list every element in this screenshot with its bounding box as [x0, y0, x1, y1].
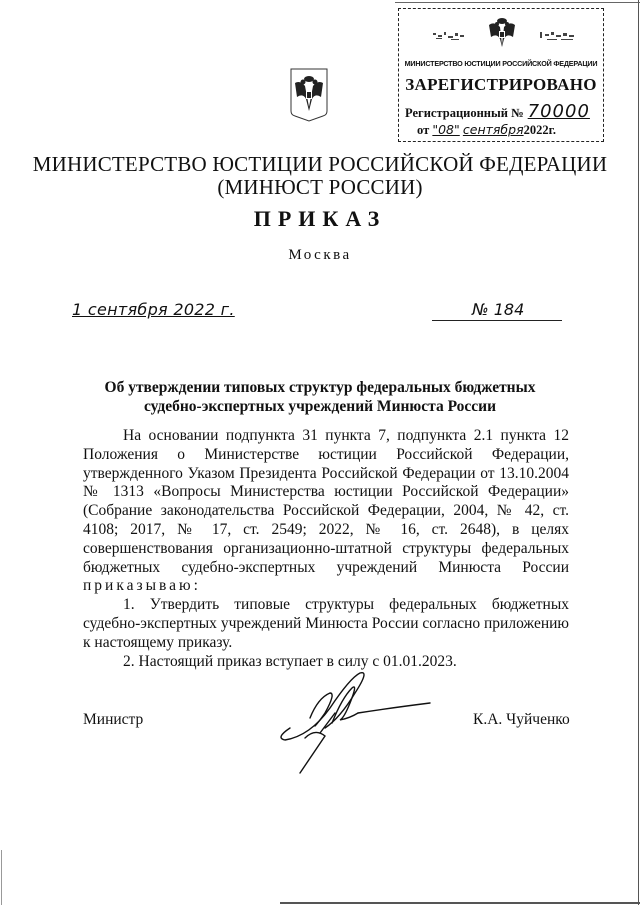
order-subject: Об утверждении типовых структур федераль… [0, 378, 640, 416]
order-number-field: № 184 [432, 300, 562, 321]
subject-line: судебно-экспертных учреждений Минюста Ро… [0, 397, 640, 416]
stamp-reg-label: Регистрационный № [405, 106, 524, 120]
page-edge [1, 850, 2, 905]
stamp-date-prefix: от [417, 123, 429, 137]
preamble-text: На основании подпункта 31 пункта 7, подп… [83, 427, 569, 576]
decree-word: приказываю: [83, 577, 201, 594]
stamp-date-year: 2022 [524, 123, 549, 137]
ministry-name: МИНИСТЕРСТВО ЮСТИЦИИ РОССИЙСКОЙ ФЕДЕРАЦИ… [0, 153, 640, 176]
stamp-date-day: "08" [432, 122, 459, 137]
order-body: На основании подпункта 31 пункта 7, подп… [83, 427, 569, 671]
order-number: № 184 [472, 300, 524, 319]
ministry-heading: МИНИСТЕРСТВО ЮСТИЦИИ РОССИЙСКОЙ ФЕДЕРАЦИ… [0, 153, 640, 199]
subject-line: Об утверждении типовых структур федераль… [0, 378, 640, 397]
stamp-date-month: сентября [463, 122, 524, 137]
city: Москва [0, 247, 640, 264]
signer-title: Министр [83, 711, 143, 729]
stamp-date-suffix: г. [549, 123, 556, 137]
stamp-status: ЗАРЕГИСТРИРОВАНО [399, 75, 603, 95]
page-edge [280, 902, 640, 904]
stamp-registration-line: Регистрационный №70000 [405, 101, 590, 122]
stamp-reg-number: 70000 [528, 101, 590, 122]
order-date: 1 сентября 2022 г. [72, 300, 235, 319]
page-edge [395, 2, 640, 3]
stamp-texture-icon [431, 29, 467, 43]
preamble-paragraph: На основании подпункта 31 пункта 7, подп… [83, 427, 569, 596]
stamp-texture-icon [539, 29, 579, 43]
order-item: 1. Утвердить типовые структуры федеральн… [83, 596, 569, 652]
ministry-short-name: (МИНЮСТ РОССИИ) [0, 176, 640, 199]
handwritten-signature-icon [270, 668, 440, 778]
registration-stamp: МИНИСТЕРСТВО ЮСТИЦИИ РОССИЙСКОЙ ФЕДЕРАЦИ… [398, 8, 604, 142]
stamp-date-line: от "08" сентября2022г. [417, 122, 556, 138]
coat-of-arms-icon [289, 67, 329, 123]
coat-of-arms-icon [485, 15, 519, 49]
signer-name: К.А. Чуйченко [473, 711, 570, 729]
page-edge [638, 0, 639, 905]
document-type: ПРИКАЗ [0, 206, 640, 232]
stamp-ministry-name: МИНИСТЕРСТВО ЮСТИЦИИ РОССИЙСКОЙ ФЕДЕРАЦИ… [399, 59, 603, 68]
